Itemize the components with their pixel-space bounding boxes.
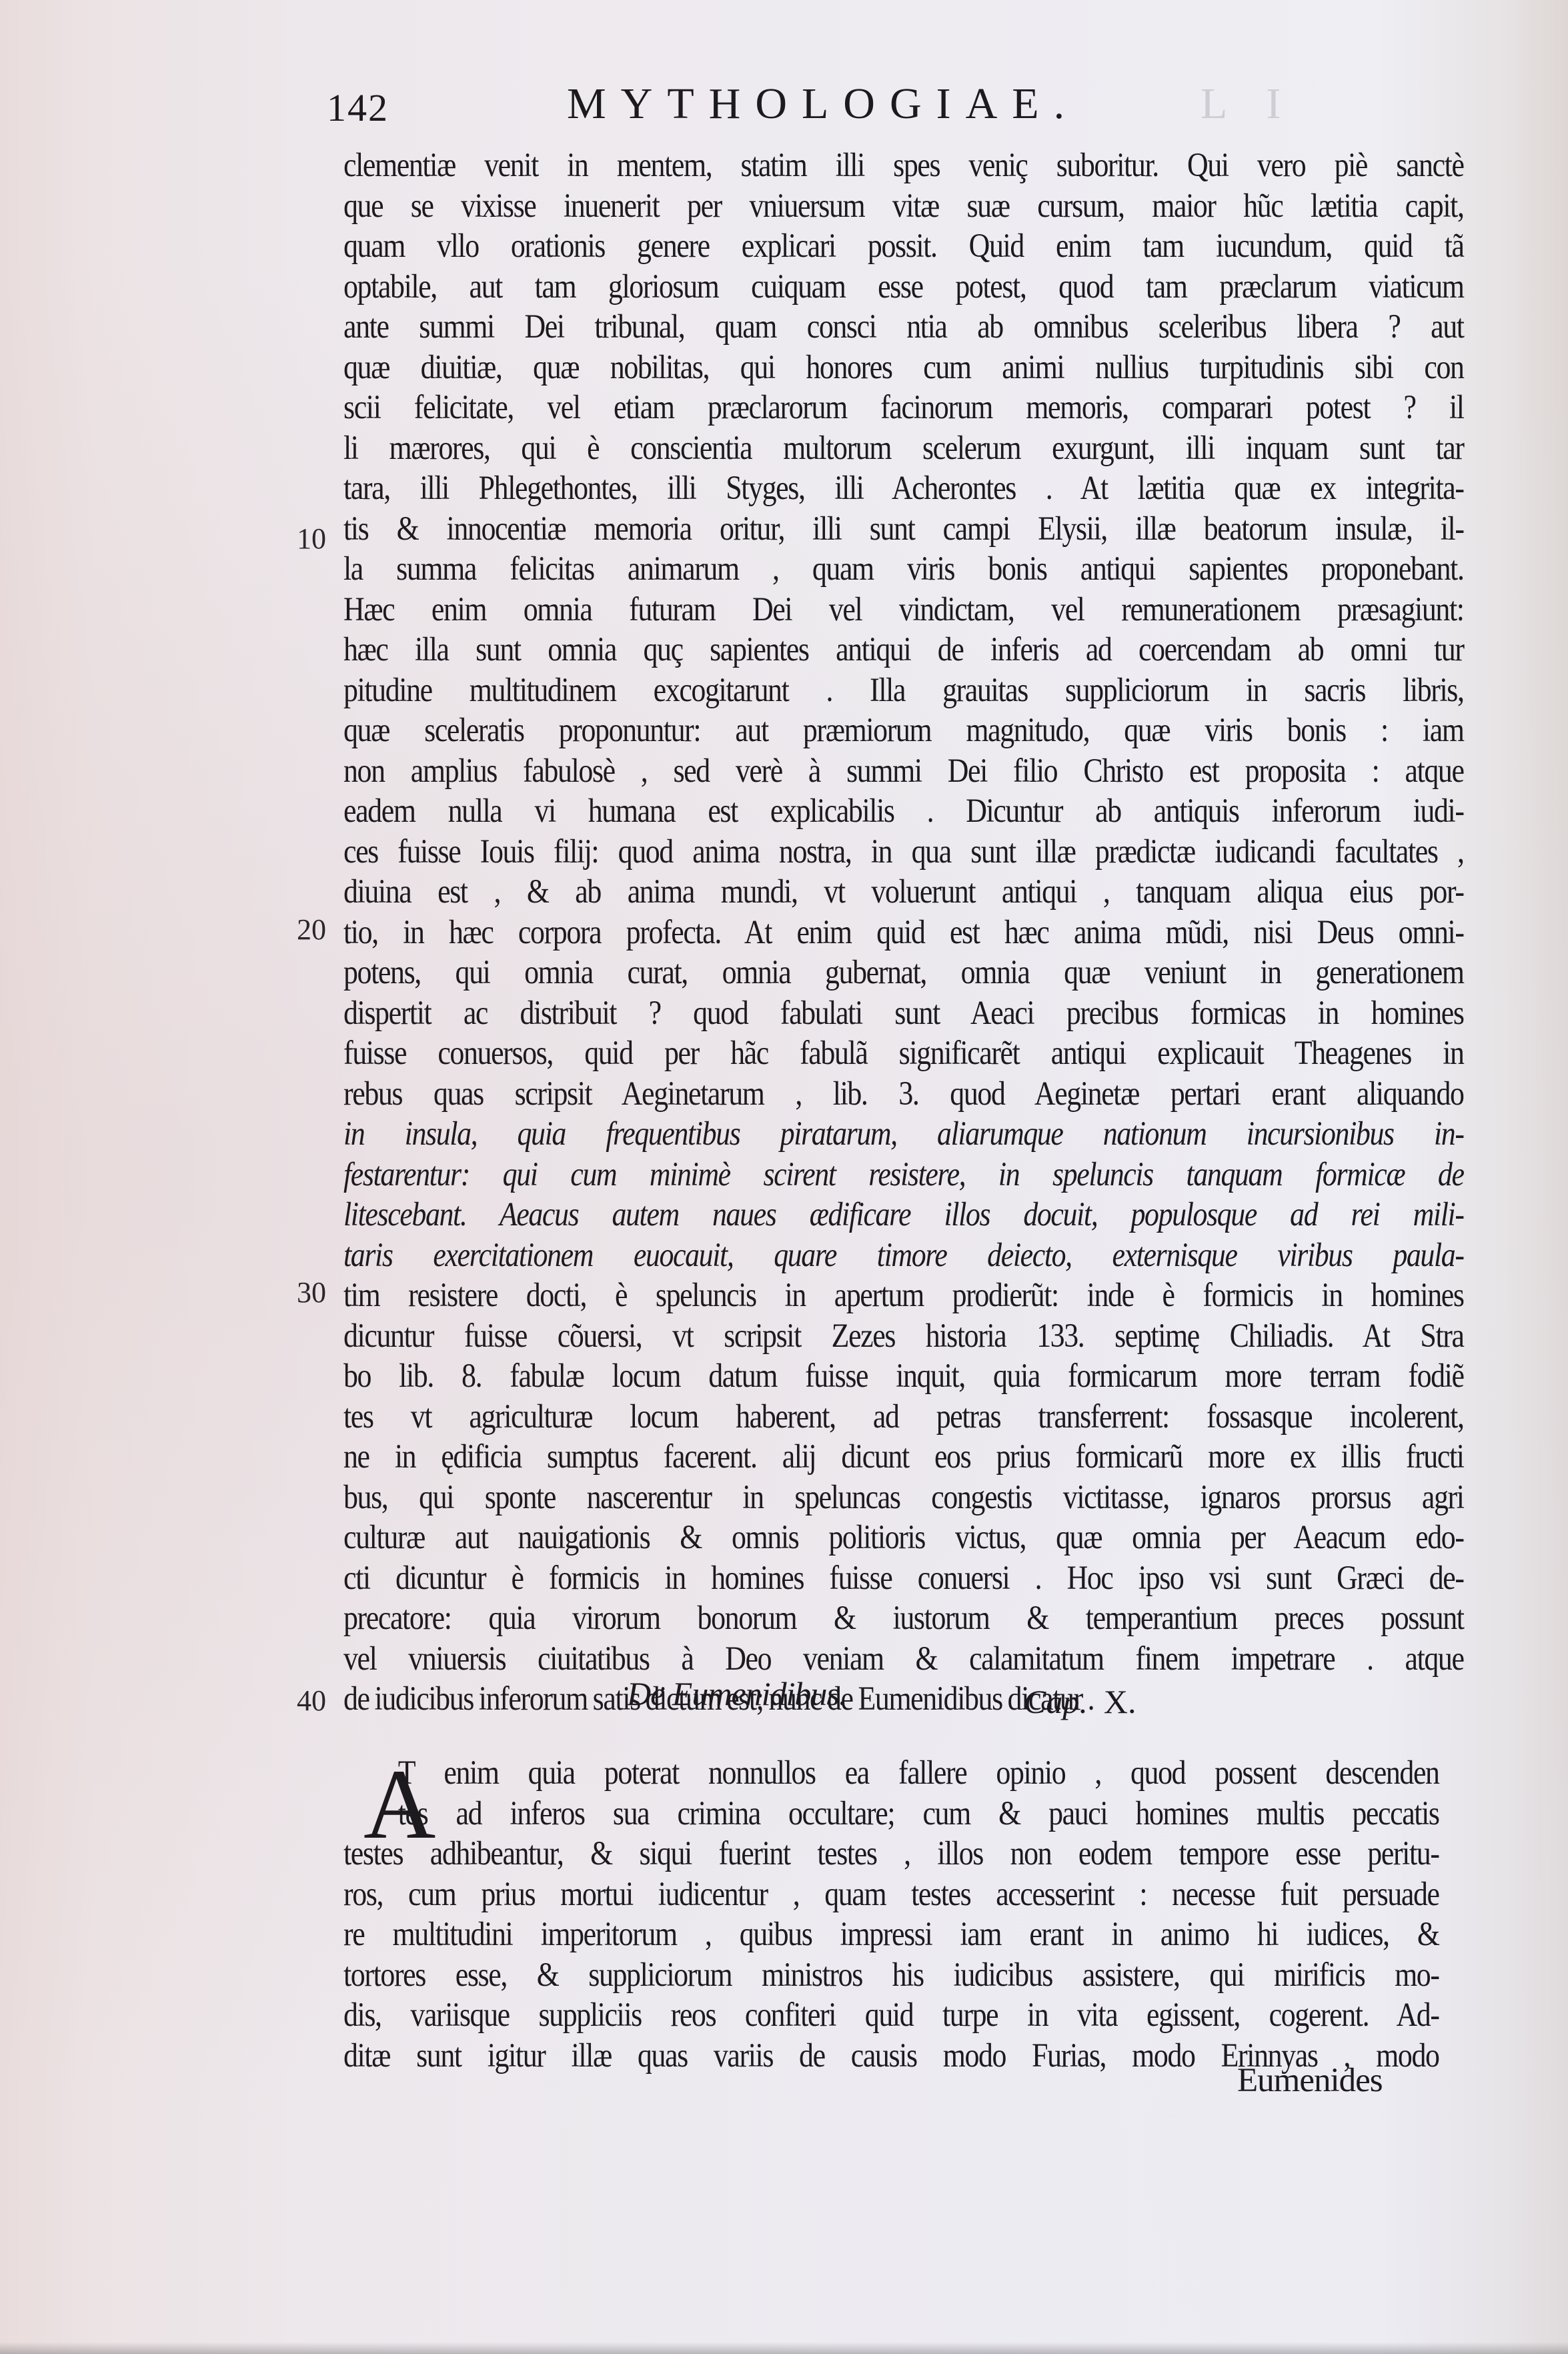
text-line: quæ sceleratis proponuntur: aut præmioru… [343,710,1464,751]
chapter-roman-numeral: X. [1104,1683,1136,1720]
text-line: fuisse conuersos, quid per hãc fabulã si… [343,1033,1464,1074]
chapter-text: T enim quia poterat nonnullos ea fallere… [343,1753,1437,2076]
text-line-italic: in insula, quia frequentibus piratarum, … [343,1114,1464,1155]
text-line: ces fuisse Iouis filij: quod anima nostr… [343,832,1464,872]
text-line-italic: litescebant. Aeacus autem naues ædificar… [343,1195,1464,1235]
text-line: potens, qui omnia curat, omnia gubernat,… [343,953,1464,993]
running-head: 142 MYTHOLOGIAE. L I [327,79,1461,132]
chapter-label: Cap. [1024,1683,1088,1720]
text-line: quæ diuitiæ, quæ nobilitas, qui honores … [343,348,1464,388]
text-line: dis, variisque suppliciis reos confiteri… [343,1995,1439,2036]
text-line: eadem nulla vi humana est explicabilis .… [343,791,1464,832]
text-line: clementiæ venit in mentem, statim illi s… [343,145,1464,186]
bleed-through-text: L I [1201,79,1295,129]
text-line: dispertit ac distribuit ? quod fabulati … [343,993,1464,1034]
text-line: diuina est , & ab anima mundi, vt voluer… [343,872,1464,913]
text-line: tortores esse, & suppliciorum ministros … [343,1955,1439,1996]
text-line: quam vllo orationis genere explicari pos… [343,226,1464,267]
text-line: T enim quia poterat nonnullos ea fallere… [343,1753,1439,1794]
text-line: tes vt agriculturæ locum haberent, ad pe… [343,1397,1464,1437]
text-line: bo lib. 8. fabulæ locum datum fuisse inq… [343,1356,1464,1397]
text-line: dicuntur fuisse cõuersi, vt scripsit Zez… [343,1316,1464,1357]
text-line-italic: taris exercitationem euocauit, quare tim… [343,1235,1464,1276]
body-text: clementiæ venit in mentem, statim illi s… [343,145,1464,1720]
text-line: cti dicuntur è formicis in homines fuiss… [343,1558,1464,1599]
catchword: Eumenides [1237,2061,1383,2100]
text-line: scii felicitate, vel etiam præclarorum f… [343,388,1464,428]
text-line-italic: festarentur: qui cum minimè scirent resi… [343,1155,1464,1195]
text-line: pitudine multitudinem excogitarunt . Ill… [343,670,1464,711]
text-line: la summa felicitas animarum , quam viris… [343,549,1464,590]
text-line: tim resistere docti, è speluncis in aper… [343,1275,1464,1316]
text-line: tes ad inferos sua crimina occultare; cu… [343,1794,1439,1834]
margin-line-number-30: 30 [297,1275,326,1309]
text-line: que se vixisse inuenerit per vniuersum v… [343,186,1464,227]
running-title: MYTHOLOGIAE. [567,79,1079,129]
chapter-number: Cap.X. [1024,1682,1136,1721]
text-line: vel vniuersis ciuitatibus à Deo veniam &… [343,1639,1464,1680]
text-line: non amplius fabulosè , sed verè à summi … [343,751,1464,792]
text-line: optabile, aut tam gloriosum cuiquam esse… [343,267,1464,308]
chapter-heading: De Eumenidibus. Cap.X. [327,1674,1327,1721]
text-line: bus, qui sponte nascerentur in speluncas… [343,1478,1464,1518]
text-line: Hæc enim omnia futuram Dei vel vindictam… [343,590,1464,630]
text-line: hæc illa sunt omnia quç sapientes antiqu… [343,630,1464,670]
margin-line-number-20: 20 [297,913,326,947]
text-line: tara, illi Phlegethontes, illi Styges, i… [343,468,1464,509]
page-number: 142 [327,85,389,130]
text-line: ne in ędificia sumptus facerent. alij di… [343,1437,1464,1478]
margin-line-number-40: 40 [297,1684,326,1718]
text-line: li mærores, qui è conscientia multorum s… [343,428,1464,469]
book-page: 142 MYTHOLOGIAE. L I 10 20 30 40 clement… [0,0,1568,2354]
text-line: ante summi Dei tribunal, quam consci nti… [343,307,1464,348]
text-line: re multitudini imperitorum , quibus impr… [343,1914,1439,1955]
text-line: rebus quas scripsit Aeginetarum , lib. 3… [343,1074,1464,1115]
text-line: tio, in hæc corpora profecta. At enim qu… [343,913,1464,953]
chapter-title: De Eumenidibus. [627,1674,846,1713]
text-line: precatore: quia virorum bonorum & iustor… [343,1598,1464,1639]
page-bottom-edge [0,2342,1568,2354]
margin-line-number-10: 10 [297,522,326,556]
text-line: tis & innocentiæ memoria oritur, illi su… [343,509,1464,550]
text-line: culturæ aut nauigationis & omnis politio… [343,1518,1464,1558]
text-line: testes adhibeantur, & siqui fuerint test… [343,1834,1439,1874]
text-line: ros, cum prius mortui iudicentur , quam … [343,1874,1439,1915]
